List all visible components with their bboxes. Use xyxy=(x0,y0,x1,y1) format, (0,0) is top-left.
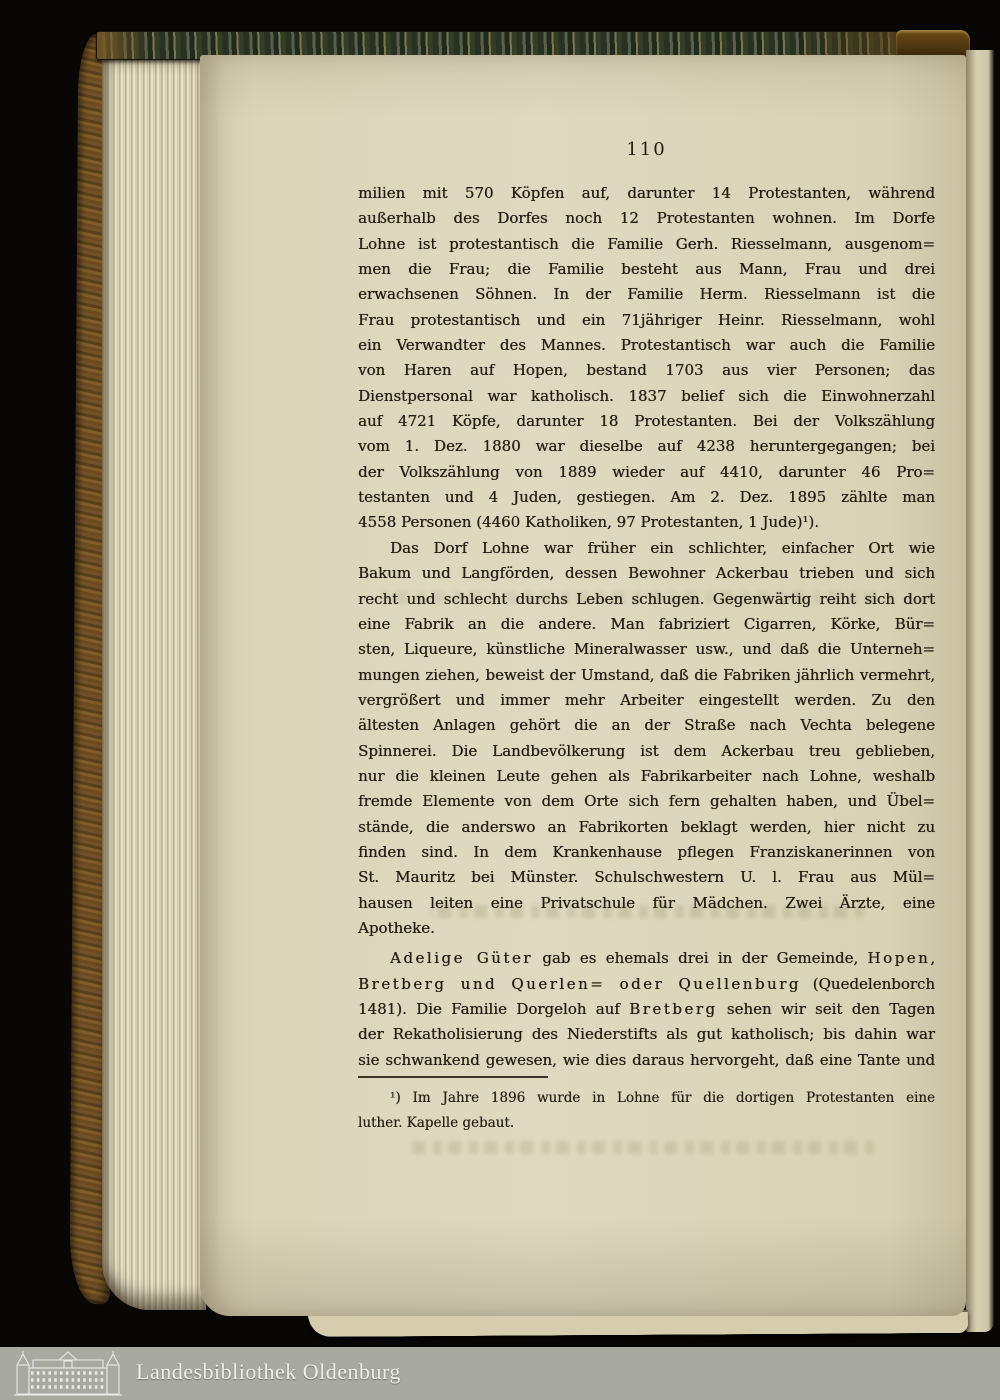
library-name: Landesbibliothek Oldenburg xyxy=(136,1347,401,1400)
text-line: testanten und 4 Juden, gestiegen. Am 2. … xyxy=(358,485,935,510)
text-line: ein Verwandter des Mannes. Protestantisc… xyxy=(358,333,935,358)
text-line: mungen ziehen, beweist der Umstand, daß … xyxy=(358,663,935,688)
text-line: Adelige Güter gab es ehemals drei in der… xyxy=(358,946,935,971)
text-line: nur die kleinen Leute gehen als Fabrikar… xyxy=(358,764,935,789)
library-building-icon xyxy=(14,1350,122,1397)
text-line: Bakum und Langförden, dessen Bewohner Ac… xyxy=(358,561,935,586)
letterspaced-text: Bretberg xyxy=(629,1000,717,1018)
book-page-edges xyxy=(102,56,206,1310)
text-line: der Volkszählung von 1889 wieder auf 441… xyxy=(358,460,935,485)
text-line: recht und schlecht durchs Leben schlugen… xyxy=(358,587,935,612)
text-line: auf 4721 Köpfe, darunter 18 Protestanten… xyxy=(358,409,935,434)
text-line: erwachsenen Söhnen. In der Familie Herm.… xyxy=(358,282,935,307)
text-line: Frau protestantisch und ein 71jähriger H… xyxy=(358,308,935,333)
show-through-smudge xyxy=(410,1141,880,1154)
text-line: 1481). Die Familie Dorgeloh auf Bretberg… xyxy=(358,997,935,1022)
viewer-footer-bar: Landesbibliothek Oldenburg xyxy=(0,1347,1000,1400)
text-line: 4558 Personen (4460 Katholiken, 97 Prote… xyxy=(358,510,935,535)
text-line: Apotheke. xyxy=(358,916,935,941)
text-line: sie schwankend gewesen, wie dies daraus … xyxy=(358,1048,935,1073)
text-segment: 1481). Die Familie Dorgeloh auf xyxy=(358,1000,629,1018)
text-line: Bretberg und Querlen= oder Quellenburg (… xyxy=(358,972,935,997)
text-block: milien mit 570 Köpfen auf, darunter 14 P… xyxy=(358,181,935,1073)
text-line: außerhalb des Dorfes noch 12 Protestante… xyxy=(358,206,935,231)
text-line: finden sind. In dem Krankenhause pflegen… xyxy=(358,840,935,865)
text-line: sten, Liqueure, künstliche Mineralwasser… xyxy=(358,637,935,662)
text-line: von Haren auf Hopen, bestand 1703 aus vi… xyxy=(358,358,935,383)
footnote: ¹) Im Jahre 1896 wurde in Lohne für die … xyxy=(358,1086,935,1136)
text-line: vom 1. Dez. 1880 war dieselbe auf 4238 h… xyxy=(358,434,935,459)
text-segment: (Quedelenborch xyxy=(801,975,935,993)
text-line: Spinnerei. Die Landbevölkerung ist dem A… xyxy=(358,739,935,764)
text-line: eine Fabrik an die andere. Man fabrizier… xyxy=(358,612,935,637)
book-scan-scene: 110 milien mit 570 Köpfen auf, darunter … xyxy=(0,0,1000,1400)
text-line: ¹) Im Jahre 1896 wurde in Lohne für die … xyxy=(358,1086,935,1111)
book-gutter-fold xyxy=(966,50,994,1332)
text-line: milien mit 570 Köpfen auf, darunter 14 P… xyxy=(358,181,935,206)
text-segment: , xyxy=(930,949,935,967)
text-line: Lohne ist protestantisch die Familie Ger… xyxy=(358,232,935,257)
text-line: men die Frau; die Familie besteht aus Ma… xyxy=(358,257,935,282)
text-line: der Rekatholisierung des Niederstifts al… xyxy=(358,1022,935,1047)
text-line: fremde Elemente von dem Orte sich fern g… xyxy=(358,789,935,814)
text-segment: sehen wir seit den Tagen xyxy=(718,1000,936,1018)
letterspaced-text: Bretberg und Querlen= oder Quellenburg xyxy=(358,975,801,993)
page-number: 110 xyxy=(358,139,935,160)
text-line: ältesten Anlagen gehört die an der Straß… xyxy=(358,713,935,738)
paragraph: milien mit 570 Köpfen auf, darunter 14 P… xyxy=(358,181,935,536)
text-line: hausen leiten eine Privatschule für Mädc… xyxy=(358,891,935,916)
text-line: stände, die anderswo an Fabrikorten bekl… xyxy=(358,815,935,840)
text-line: Dienstpersonal war katholisch. 1837 beli… xyxy=(358,384,935,409)
footnote-separator xyxy=(358,1076,548,1078)
paragraph: Das Dorf Lohne war früher ein schlichter… xyxy=(358,536,935,942)
text-line: Das Dorf Lohne war früher ein schlichter… xyxy=(358,536,935,561)
letterspaced-text: Adelige Güter xyxy=(390,949,533,967)
text-line: vergrößert und immer mehr Arbeiter einge… xyxy=(358,688,935,713)
text-segment: gab es ehemals drei in der Gemeinde, xyxy=(533,949,868,967)
letterspaced-text: Hopen xyxy=(867,949,930,967)
paragraph: Adelige Güter gab es ehemals drei in der… xyxy=(358,946,935,1073)
book-page: 110 milien mit 570 Köpfen auf, darunter … xyxy=(200,55,966,1316)
text-line: luther. Kapelle gebaut. xyxy=(358,1111,935,1136)
text-line: St. Mauritz bei Münster. Schulschwestern… xyxy=(358,865,935,890)
